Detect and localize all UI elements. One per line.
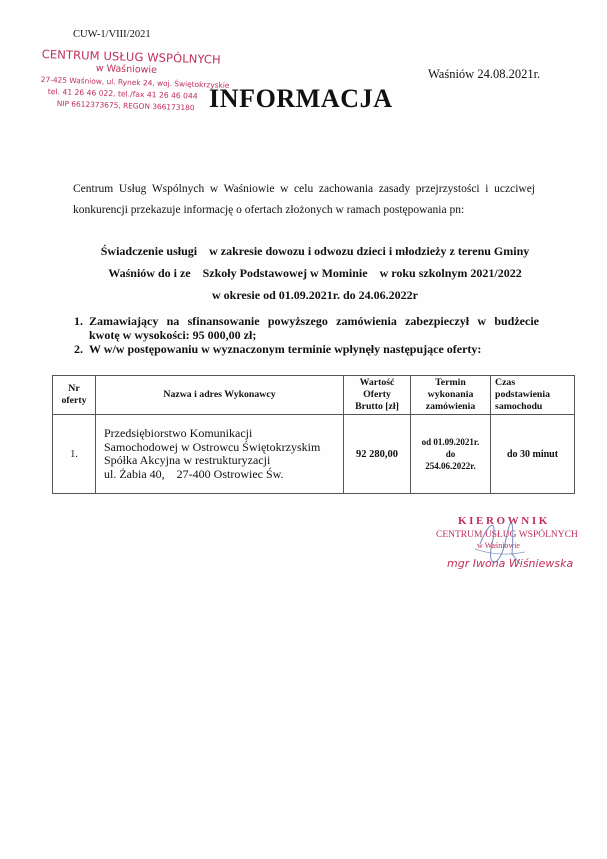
- stamp-ids: NIP 6612373675, REGON 366173180: [57, 99, 195, 112]
- term-line: 254.06.2022r.: [411, 460, 490, 472]
- header-term: Termin wykonania zamówienia: [411, 376, 491, 415]
- header-text: oferty: [53, 395, 95, 407]
- point-number: 2.: [74, 342, 83, 356]
- intro-line-2: konkurencji przekazuje informację o ofer…: [73, 204, 464, 216]
- point-number: 1.: [74, 314, 83, 328]
- subject-line-2: Waśniów do i ze Szkoły Podstawowej w Mom…: [60, 262, 570, 284]
- handwritten-signature-icon: [470, 514, 530, 574]
- header-text: samochodu: [495, 401, 574, 413]
- contractor-line: Spółka Akcyjna w restrukturyzacji: [104, 454, 343, 468]
- header-name: Nazwa i adres Wykonawcy: [96, 376, 344, 415]
- table-row: 1. Przedsiębiorstwo Komunikacji Samochod…: [53, 415, 575, 494]
- subject-line-3: w okresie od 01.09.2021r. do 24.06.2022r: [60, 284, 570, 306]
- point-text-line-1: W w/w postępowaniu w wyznaczonym termini…: [89, 342, 481, 356]
- cell-value: 92 280,00: [344, 415, 411, 494]
- offers-table: Nr oferty Nazwa i adres Wykonawcy Wartoś…: [52, 375, 575, 494]
- stamp-location: w Waśniowie: [96, 63, 157, 76]
- term-line: od 01.09.2021r.: [411, 436, 490, 448]
- table-header-row: Nr oferty Nazwa i adres Wykonawcy Wartoś…: [53, 376, 575, 415]
- header-text: Termin: [411, 377, 490, 389]
- cell-term: od 01.09.2021r. do 254.06.2022r.: [411, 415, 491, 494]
- point-item: 2. W w/w postępowaniu w wyznaczonym term…: [74, 342, 539, 356]
- cell-contractor: Przedsiębiorstwo Komunikacji Samochodowe…: [96, 415, 344, 494]
- header-text: podstawienia: [495, 389, 574, 401]
- header-nr: Nr oferty: [53, 376, 96, 415]
- procurement-subject: Świadczenie usługi w zakresie dowozu i o…: [60, 240, 570, 306]
- header-value: Wartość Oferty Brutto [zł]: [344, 376, 411, 415]
- point-item: 1. Zamawiający na sfinansowanie powyższe…: [74, 314, 539, 342]
- subject-line-1: Świadczenie usługi w zakresie dowozu i o…: [60, 240, 570, 262]
- intro-line-1: Centrum Usług Wspólnych w Waśniowie w ce…: [73, 179, 535, 200]
- header-text: zamówienia: [411, 401, 490, 413]
- points-list: 1. Zamawiający na sfinansowanie powyższe…: [74, 314, 539, 356]
- contractor-line: ul. Żabia 40, 27-400 Ostrowiec Św.: [104, 468, 343, 482]
- point-text-line-1: Zamawiający na sfinansowanie powyższego …: [89, 314, 539, 328]
- cell-time: do 30 minut: [491, 415, 575, 494]
- document-title: INFORMACJA: [209, 84, 393, 114]
- header-text: Wartość: [344, 377, 410, 389]
- header-text: Brutto [zł]: [344, 401, 410, 413]
- header-text: Nr: [53, 383, 95, 395]
- header-text: wykonania: [411, 389, 490, 401]
- contractor-line: Samochodowej w Ostrowcu Świętokrzyskim: [104, 441, 343, 455]
- term-line: do: [411, 448, 490, 460]
- document-reference: CUW-1/VIII/2021: [73, 29, 151, 40]
- place-date: Waśniów 24.08.2021r.: [428, 67, 540, 82]
- header-text: Czas: [495, 377, 574, 389]
- header-text: Oferty: [344, 389, 410, 401]
- header-time: Czas podstawienia samochodu: [491, 376, 575, 415]
- intro-paragraph: Centrum Usług Wspólnych w Waśniowie w ce…: [73, 179, 535, 221]
- contractor-line: Przedsiębiorstwo Komunikacji: [104, 427, 343, 441]
- cell-nr: 1.: [53, 415, 96, 494]
- point-text-line-2: kwotę w wysokości: 95 000,00 zł;: [89, 328, 256, 342]
